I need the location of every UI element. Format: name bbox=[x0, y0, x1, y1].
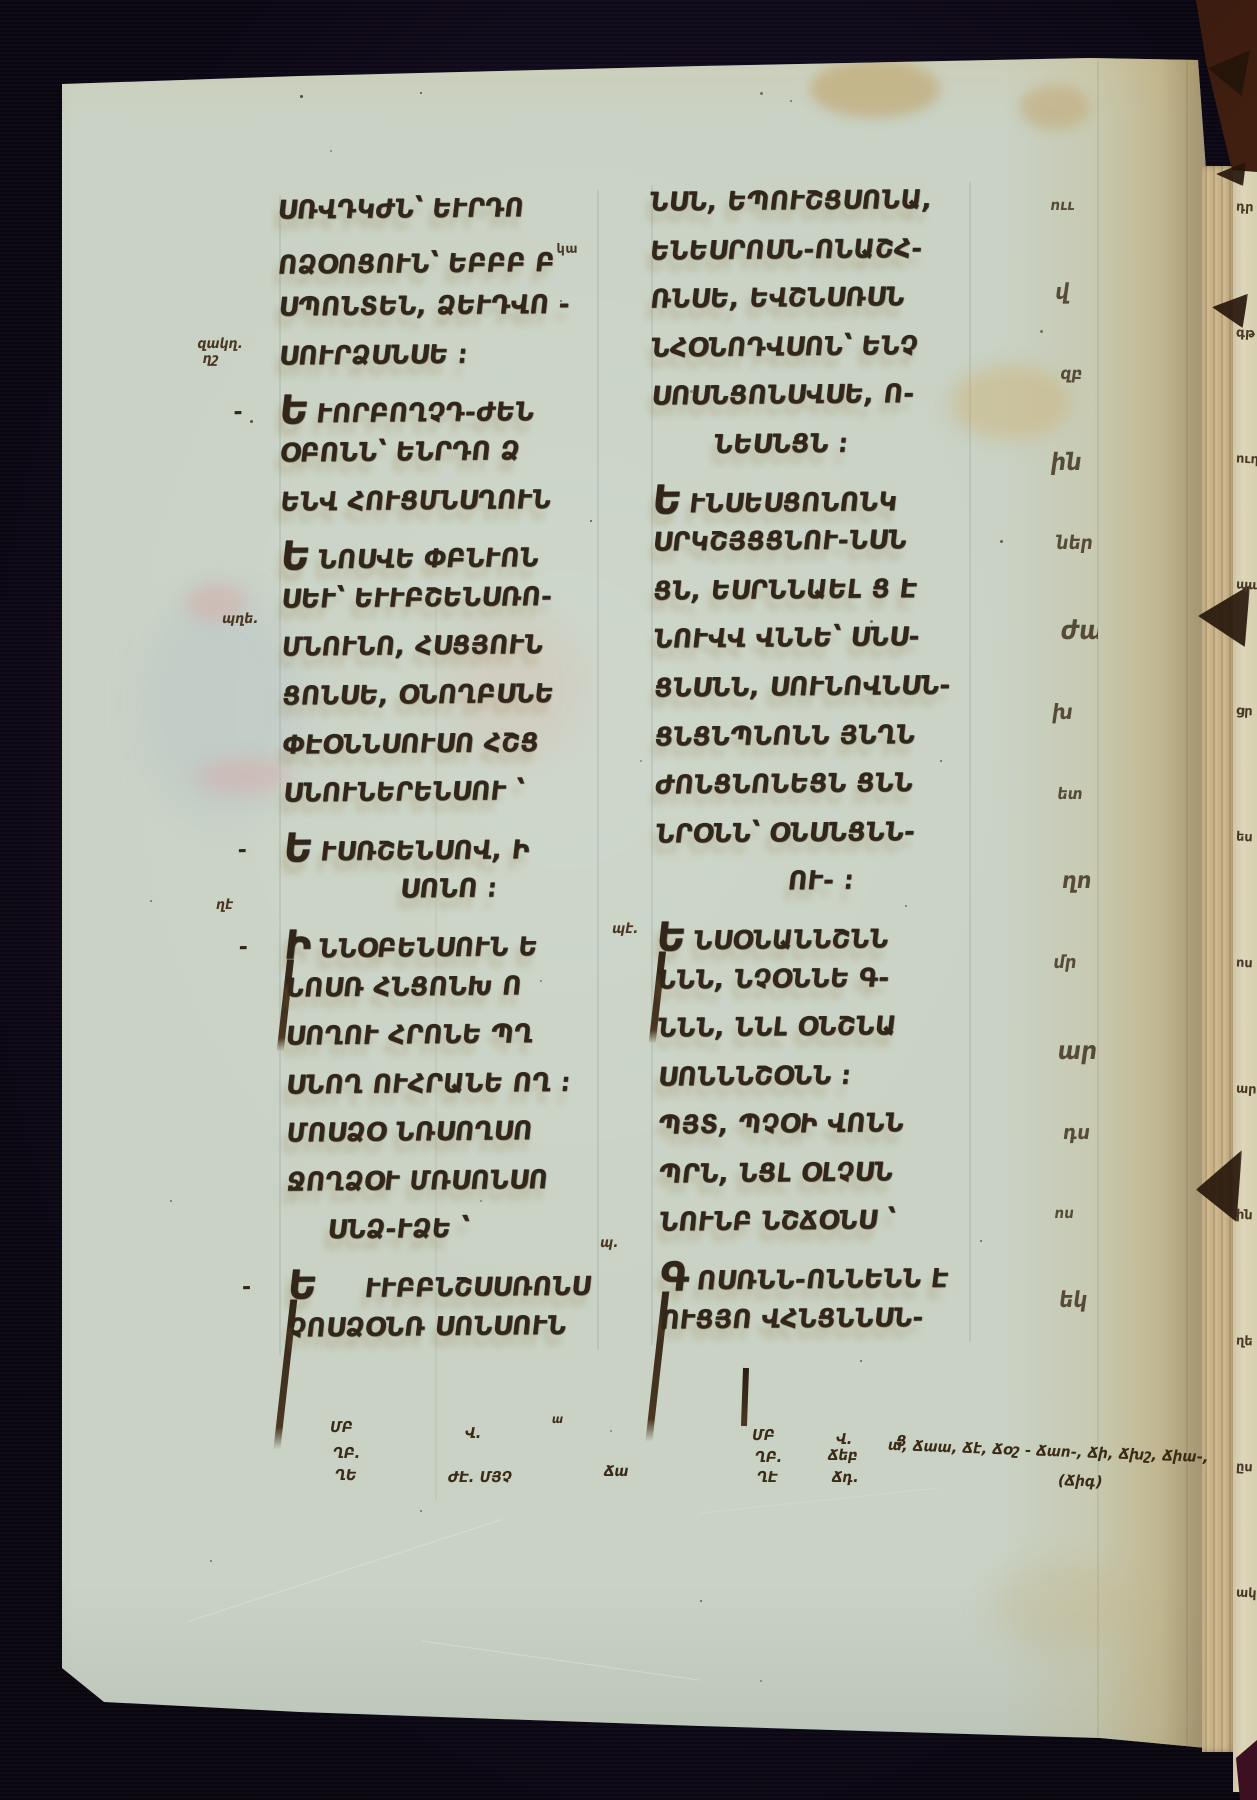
text-line: ՑՈՆՍԵ, ՕՆՈՂԲՍՆԵ bbox=[282, 678, 612, 730]
parchment-speck bbox=[300, 95, 303, 98]
parchment-speck bbox=[210, 1560, 212, 1562]
line-text: ՆՀՕՆՈԴՎՍՈՆ՝ ԵՆՉ bbox=[649, 331, 919, 364]
line-text: ՆՐՕՆՆ՝ ՕՆՍՆՑՆՆ- bbox=[654, 817, 917, 850]
text-line: ԵՒՆՍԵՍՑՈՆՈՆԿ bbox=[652, 476, 982, 528]
text-line: ՆՈՒՎՎ ՎՆՆԵ՝ ՍՆՍ- bbox=[654, 622, 984, 674]
bleedthrough-fragment: ղո bbox=[1052, 868, 1098, 952]
text-line: ՑՆՍՆՆ, ՍՈՒՆՈՎՆՍՆ- bbox=[654, 670, 984, 722]
text-line: ՆՍՆ, ԵՊՈՒՇՑՍՈՆԱ, bbox=[649, 184, 979, 236]
text-line: ՍՈՆՆՆՇՕՆՆ ։ bbox=[658, 1059, 988, 1111]
line-text: ՑՈՆՍԵ, ՕՆՈՂԲՍՆԵ bbox=[281, 679, 556, 712]
parchment-speck bbox=[1000, 540, 1003, 543]
text-line: ՊՐՆ, ՆՑԼ ՕԼՉՍՆ bbox=[659, 1156, 989, 1208]
line-text: ՍՆՈՒՆԵՐԵՆՍՈՒ ՝ bbox=[281, 776, 526, 808]
line-text: ՄՈՍՁՕ ՆՌՍՈՂՍՈ bbox=[285, 1116, 535, 1148]
text-line: ՆՈՍՌ ՀՆՑՈՆԽ Ո bbox=[285, 970, 615, 1022]
paragraph-initial: Ե bbox=[286, 1265, 320, 1305]
paragraph-initial: Ե bbox=[654, 917, 688, 957]
book-block-edge bbox=[1202, 166, 1235, 1752]
line-text: ՕԲՈՆՆ՝ ԵՆՐԴՈ Ձ bbox=[278, 436, 521, 468]
gutter-shading bbox=[1000, 56, 1206, 1750]
crease bbox=[188, 1519, 502, 1622]
line-text: ԵՆՎ ՀՈՒՑՄՆՍՂՈՒՆ bbox=[279, 485, 553, 518]
sliver-text-fragment: ուղ bbox=[1236, 451, 1257, 467]
text-line: ՍՐԿՇՅՑՑՆՈՒ-ՆՍՆ bbox=[653, 525, 983, 577]
line-text: ՍՊՈՆՏԵՆ, ՁԵՒԴՎՈ - bbox=[277, 290, 572, 323]
paragraph-initial: Ե bbox=[650, 480, 684, 520]
bleedthrough-fragment: ար bbox=[1048, 1036, 1098, 1120]
canon-ref: ՄԲ bbox=[328, 1418, 354, 1436]
line-text: ՆՈՒՆԲ ՆՇՃՕՆՍ ՝ bbox=[658, 1206, 897, 1238]
line-text: ՌՆՍԵ, ԵՎՇՆՍՌՍՆ bbox=[649, 282, 907, 314]
sliver-text-fragment: գթ bbox=[1236, 326, 1256, 342]
parchment-speck bbox=[790, 100, 792, 102]
line-text: ՈՁՕՈՑՈՒՆ՝ ԵԲԲԲ Բ bbox=[276, 248, 556, 281]
line-text: ՍԵՒ՝ ԵՒՒԲՇԵՆՍՌՈ- bbox=[280, 582, 554, 615]
line-text: ՆՈՍՎԵ ՓԲՆՒՈՆ bbox=[316, 543, 540, 575]
line-text: ՍՈՆՈ ։ bbox=[399, 874, 499, 905]
text-line: ՆՆՆ, ՆՆԼ ՕՆՇՆԱ bbox=[657, 1010, 987, 1062]
text-line: ԵՆՍՕՆԱՆՆՇՆՆ bbox=[656, 913, 986, 965]
sliver-text-fragment: ին bbox=[1236, 1208, 1253, 1224]
parchment-speck bbox=[330, 150, 332, 152]
text-line: ՆՐՕՆՆ՝ ՕՆՍՆՑՆՆ- bbox=[655, 816, 985, 868]
paragraph-dash: - bbox=[239, 935, 249, 960]
manuscript-photo: ՍՌՎԴԿԺՆ՝ ԵՒՐԴՈՈՁՕՈՑՈՒՆ՝ ԵԲԲԲ ԲկաՍՊՈՆՏԵՆ,… bbox=[0, 0, 1257, 1800]
parchment-speck bbox=[610, 1430, 612, 1432]
text-line: ՓԷՕՆՆՍՈՒՍՈ ՀՇՑ bbox=[283, 727, 613, 779]
line-text: ՊՅՏ, ՊՉՕԻ ՎՈՆՆ bbox=[657, 1108, 906, 1140]
line-text: ՆՍՕՆԱՆՆՇՆՆ bbox=[692, 924, 890, 956]
text-line: ԳՈՍՌՆՆ-ՈՆՆԵՆՆ Է bbox=[660, 1253, 990, 1305]
line-text: ՒՒԲԲՆՇՍՍՌՈՆՍ bbox=[363, 1272, 592, 1304]
crease bbox=[701, 1487, 940, 1513]
superscript-note: կա bbox=[556, 241, 578, 256]
margin-note-canon-mid: պղե. bbox=[221, 612, 260, 627]
line-text: ՒՆՍԵՍՑՈՆՈՆԿ bbox=[687, 487, 898, 519]
line-text: ՈՒ- ։ bbox=[787, 866, 856, 897]
margin-note-canon-low: ղէ bbox=[215, 898, 235, 913]
paragraph-initial: Ե bbox=[281, 828, 315, 868]
parchment-speck bbox=[860, 1360, 862, 1362]
paragraph-dash: - bbox=[233, 400, 243, 425]
text-line: -ԵՒՒԲԲՆՇՍՍՌՈՆՍ bbox=[288, 1261, 618, 1313]
line-text: ՆԵՍՆՑՆ ։ bbox=[712, 429, 850, 460]
text-line: -ԵՒՈՐԲՈՂՉԴ-ԺԵՆ bbox=[279, 387, 609, 439]
line-text: ՈՍՌՆՆ-ՈՆՆԵՆՆ Է bbox=[695, 1264, 950, 1296]
line-text: ՊՐՆ, ՆՑԼ ՕԼՉՍՆ bbox=[657, 1157, 895, 1189]
text-line: ՆՈՒՆԲ ՆՇՃՕՆՍ ՝ bbox=[659, 1205, 989, 1257]
margin-note-intercolumn-1: պէ. bbox=[611, 922, 640, 937]
line-text: ՄՆՈՒՆՈ, ՀՍՑՅՈՒՆ bbox=[280, 630, 545, 663]
bleedthrough-fragment: զբ bbox=[1050, 364, 1098, 448]
text-line: ՆՀՕՆՈԴՎՍՈՆ՝ ԵՆՉ bbox=[651, 330, 981, 382]
line-text: ՆՆՕԲԵՆՍՈՒՆ Ե bbox=[317, 932, 539, 964]
line-text: ՍՈՆՆՆՇՕՆՆ ։ bbox=[656, 1060, 852, 1092]
canon-ref: (Ճիգ) bbox=[1056, 1471, 1104, 1490]
line-text: ՑՆՑՆՊՆՈՆՆ ՅՆՂՆ bbox=[653, 720, 917, 753]
text-line: ՄՆՈՒՆՈ, ՀՍՑՅՈՒՆ bbox=[282, 630, 612, 682]
text-line: ՈՒ- ։ bbox=[656, 865, 986, 917]
line-text: ՒՍՌՇԵՆՍՈՎ, Ի bbox=[319, 835, 531, 867]
sliver-text-fragment: պա bbox=[1236, 577, 1257, 593]
bleedthrough-fragment: ժա bbox=[1051, 616, 1098, 700]
paragraph-dash: - bbox=[238, 838, 248, 863]
text-line: ՍՊՈՆՏԵՆ, ՁԵՒԴՎՈ - bbox=[278, 290, 608, 342]
parchment-speck bbox=[150, 900, 152, 902]
text-line: ՍՈՒՐՁՍՆՍԵ ։ bbox=[279, 338, 609, 390]
text-line: -ԵՒՍՌՇԵՆՍՈՎ, Ի bbox=[283, 824, 613, 876]
stain bbox=[810, 60, 940, 118]
bleedthrough-fragment: ին bbox=[1046, 448, 1098, 532]
canon-ref: ՂԲ. bbox=[331, 1444, 362, 1462]
line-text: ՍՆՁ-ՒՁԵ ՝ bbox=[326, 1214, 471, 1245]
text-line: ԵՆՈՍՎԵ ՓԲՆՒՈՆ bbox=[281, 533, 611, 585]
bleedthrough-fragment: ետ bbox=[1047, 784, 1098, 868]
margin-note-line: ղշ bbox=[201, 352, 241, 367]
line-text: ՍՌՎԴԿԺՆ՝ ԵՒՐԴՈ bbox=[276, 193, 526, 225]
text-line: ԵՆԵՍՐՈՍՆ-ՈՆԱՇՀ- bbox=[650, 233, 980, 285]
bleedthrough-fragment: ներ bbox=[1046, 532, 1098, 616]
paragraph-initial: Ե bbox=[277, 391, 311, 431]
line-text: ՈՒՑՅՈ ՎՀՆՑՆՆՍՆ- bbox=[659, 1303, 926, 1336]
bleedthrough-column: ոււվզբիններժախետղոմրարդսոսեկ bbox=[1046, 196, 1098, 1372]
canon-ref: ՂԲ. bbox=[753, 1448, 784, 1466]
line-text: ՒՈՐԲՈՂՉԴ-ԺԵՆ bbox=[314, 398, 535, 430]
text-line: ՆԵՍՆՑՆ ։ bbox=[652, 427, 982, 479]
parchment-speck bbox=[760, 1680, 762, 1682]
bleedthrough-fragment: դս bbox=[1053, 1120, 1098, 1204]
text-line: ՍՆՈՒՆԵՐԵՆՍՈՒ ՝ bbox=[283, 776, 613, 828]
canon-ref: Ճդ. bbox=[830, 1468, 860, 1486]
line-text: ԵՆԵՍՐՈՍՆ-ՈՆԱՇՀ- bbox=[648, 234, 924, 267]
line-text: ՋՈՂՁՕՒ ՄՌՍՈՆՍՈ bbox=[285, 1165, 549, 1198]
canon-ref: ՄԲ bbox=[750, 1426, 776, 1444]
canon-ref: ԺԷ. ՄՅՉ bbox=[446, 1468, 513, 1486]
parchment-speck bbox=[170, 1200, 172, 1202]
text-line: ՕԲՈՆՆ՝ ԵՆՐԴՈ Ձ bbox=[280, 435, 610, 487]
canon-ref: Վ. bbox=[463, 1424, 483, 1442]
text-line: ՍԵՒ՝ ԵՒՒԲՇԵՆՍՌՈ- bbox=[281, 581, 611, 633]
text-line: ՍՆՈՂ ՈՒՀՐԱՆԵ ՈՂ ։ bbox=[286, 1067, 616, 1119]
line-text: ՑՆ, ԵՍՐՆՆԱԵԼ Ց Է bbox=[652, 574, 919, 607]
sliver-text-fragment: ար bbox=[1236, 1081, 1257, 1097]
text-line: ՍՈՍՆՑՈՆՍՎՍԵ, Ո- bbox=[651, 379, 981, 431]
text-line: ՍՌՎԴԿԺՆ՝ ԵՒՐԴՈ bbox=[277, 192, 607, 244]
line-text: ՑՆՍՆՆ, ՍՈՒՆՈՎՆՍՆ- bbox=[653, 671, 953, 704]
bleedthrough-fragment: ոս bbox=[1046, 1204, 1098, 1288]
parchment-speck bbox=[1040, 330, 1043, 333]
paragraph-dash: - bbox=[242, 1275, 252, 1300]
text-line: ՊՅՏ, ՊՉՕԻ ՎՈՆՆ bbox=[658, 1108, 988, 1160]
parchment-speck bbox=[250, 420, 253, 423]
canon-ref: ՂԵ bbox=[333, 1466, 358, 1484]
text-line: ՍՈՂՈՒ ՀՐՈՆԵ ՊՂ bbox=[285, 1018, 615, 1070]
text-line: -ԻՆՆՕԲԵՆՍՈՒՆ Ե bbox=[284, 921, 614, 973]
canon-ref: Ճեբ bbox=[826, 1446, 859, 1464]
line-text: ՉՈՍՁՕՆՌ ՍՈՆՍՈՒՆ bbox=[287, 1311, 568, 1344]
parchment-speck bbox=[420, 1510, 422, 1512]
bleedthrough-fragment: խ bbox=[1046, 700, 1098, 784]
sliver-text-fragment: ես bbox=[1236, 830, 1253, 846]
text-line: ՑՆ, ԵՍՐՆՆԱԵԼ Ց Է bbox=[653, 573, 983, 625]
text-line: ԺՈՆՑՆՈՆԵՑՆ ՑՆՆ bbox=[655, 768, 985, 820]
text-line: ՍՈՆՈ ։ bbox=[284, 873, 614, 925]
bleedthrough-fragment: ոււ bbox=[1046, 196, 1098, 280]
line-text: ՆՆՆ, ՆՆԼ ՕՆՇՆԱ bbox=[656, 1011, 898, 1043]
margin-note-line: զակղ. bbox=[196, 337, 244, 352]
sliver-text-fragment: ոս bbox=[1236, 956, 1253, 972]
line-text: ՆՈՒՎՎ ՎՆՆԵ՝ ՍՆՍ- bbox=[652, 622, 921, 655]
text-line: ՍՆՁ-ՒՁԵ ՝ bbox=[287, 1213, 617, 1265]
crease bbox=[421, 1641, 698, 1681]
margin-note-canon-top: զակղ. ղշ bbox=[193, 337, 244, 367]
text-line: ՑՆՑՆՊՆՈՆՆ ՅՆՂՆ bbox=[655, 719, 985, 771]
text-line: ՈՁՕՈՑՈՒՆ՝ ԵԲԲԲ Բկա bbox=[278, 241, 608, 293]
bleedthrough-fragment: մր bbox=[1046, 952, 1098, 1036]
line-text: ՆՈՍՌ ՀՆՑՈՆԽ Ո bbox=[283, 971, 523, 1003]
line-text: ՍՐԿՇՅՑՑՆՈՒ-ՆՍՆ bbox=[651, 525, 908, 557]
stain bbox=[196, 758, 291, 794]
paragraph-initial: Ի bbox=[282, 925, 314, 965]
facing-page-sliver bbox=[1233, 168, 1257, 1792]
line-text: ՍՆՈՂ ՈՒՀՐԱՆԵ ՈՂ ։ bbox=[284, 1068, 572, 1101]
parchment-speck bbox=[700, 1600, 702, 1602]
sliver-text-fragment: ղե bbox=[1236, 1334, 1253, 1350]
line-text: ՍՈՒՐՁՍՆՍԵ ։ bbox=[277, 340, 469, 372]
text-line: ՈՒՑՅՈ ՎՀՆՑՆՆՍՆ- bbox=[660, 1302, 990, 1354]
canon-ref: Ճա bbox=[602, 1462, 630, 1480]
line-text: ՍՈՂՈՒ ՀՐՈՆԵ ՊՂ bbox=[284, 1019, 535, 1051]
bleedthrough-fragment: վ bbox=[1046, 280, 1098, 364]
sliver-text-fragment: ցր bbox=[1236, 704, 1253, 720]
text-line: ՆՆՆ, ՆՉՕՆՆԵ Գ- bbox=[657, 962, 987, 1014]
line-text: ՍՈՍՆՑՈՆՍՎՍԵ, Ո- bbox=[650, 379, 916, 412]
bleedthrough-fragment: եկ bbox=[1049, 1288, 1098, 1372]
left-column: ՍՌՎԴԿԺՆ՝ ԵՒՐԴՈՈՁՕՈՑՈՒՆ՝ ԵԲԲԲ ԲկաՍՊՈՆՏԵՆ,… bbox=[277, 192, 618, 1361]
text-line: ԵՆՎ ՀՈՒՑՄՆՍՂՈՒՆ bbox=[280, 484, 610, 536]
gutter-crease bbox=[1186, 60, 1188, 1750]
line-text: ՓԷՕՆՆՍՈՒՍՈ ՀՇՑ bbox=[281, 728, 541, 760]
line-text: ՆՆՆ, ՆՉՕՆՆԵ Գ- bbox=[655, 963, 891, 995]
sliver-text-fragment: ակ bbox=[1236, 1585, 1257, 1601]
line-text: ԺՈՆՑՆՈՆԵՑՆ ՑՆՆ bbox=[653, 768, 914, 801]
sliver-text-fragment: ըս bbox=[1236, 1460, 1253, 1476]
right-column: ՆՍՆ, ԵՊՈՒՇՑՍՈՆԱ,ԵՆԵՍՐՈՍՆ-ՈՆԱՇՀ-ՌՆՍԵ, ԵՎՇ… bbox=[649, 184, 990, 1353]
line-text: ՆՍՆ, ԵՊՈՒՇՑՍՈՆԱ, bbox=[648, 185, 934, 218]
text-line: ՋՈՂՁՕՒ ՄՌՍՈՆՍՈ bbox=[287, 1164, 617, 1216]
text-line: ՉՈՍՁՕՆՌ ՍՈՆՍՈՒՆ bbox=[288, 1310, 618, 1362]
paragraph-initial: Գ bbox=[658, 1257, 692, 1297]
paragraph-initial: Ե bbox=[279, 536, 313, 576]
text-line: ՄՈՍՁՕ ՆՌՍՈՂՍՈ bbox=[286, 1116, 616, 1168]
margin-note-intercolumn-2: պ. bbox=[599, 1236, 620, 1251]
text-line: ՌՆՍԵ, ԵՎՇՆՍՌՍՆ bbox=[650, 282, 980, 334]
parchment-speck bbox=[760, 92, 763, 95]
parchment-speck bbox=[640, 760, 642, 762]
parchment-speck bbox=[420, 92, 422, 94]
sliver-text-fragment: դր bbox=[1236, 200, 1254, 216]
canon-ref: ՂԷ bbox=[755, 1468, 779, 1486]
